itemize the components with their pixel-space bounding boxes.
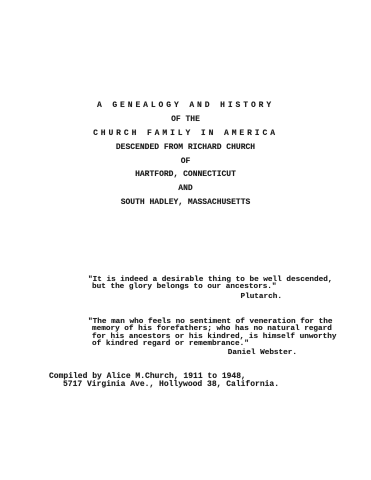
quote-line: but the glory belongs to our ancestors." bbox=[88, 284, 336, 291]
quote-webster: "The man who feels no sentiment of vener… bbox=[88, 319, 336, 357]
title-block: A GENEALOGY AND HISTORY OF THE CHURCH FA… bbox=[0, 99, 371, 210]
title-line-family: CHURCH FAMILY IN AMERICA bbox=[0, 127, 371, 141]
title-line-and: AND bbox=[0, 182, 371, 196]
title-line-of-the: OF THE bbox=[0, 113, 371, 127]
quote-line: of kindred regard or remembrance." bbox=[88, 341, 336, 348]
title-line-main: A GENEALOGY AND HISTORY bbox=[0, 99, 371, 113]
quote-attribution: Daniel Webster. bbox=[88, 350, 336, 357]
compiler-line: 5717 Virginia Ave., Hollywood 38, Califo… bbox=[49, 381, 279, 389]
quote-plutarch: "It is indeed a desirable thing to be we… bbox=[88, 277, 336, 301]
title-line-south-hadley: SOUTH HADLEY, MASSACHUSETTS bbox=[0, 196, 371, 210]
title-line-descended: DESCENDED FROM RICHARD CHURCH bbox=[0, 141, 371, 155]
compiler-note: Compiled by Alice M.Church, 1911 to 1948… bbox=[49, 373, 279, 388]
title-line-hartford: HARTFORD, CONNECTICUT bbox=[0, 168, 371, 182]
title-line-of: OF bbox=[0, 155, 371, 169]
quote-attribution: Plutarch. bbox=[88, 294, 336, 301]
title-page: A GENEALOGY AND HISTORY OF THE CHURCH FA… bbox=[0, 0, 371, 480]
